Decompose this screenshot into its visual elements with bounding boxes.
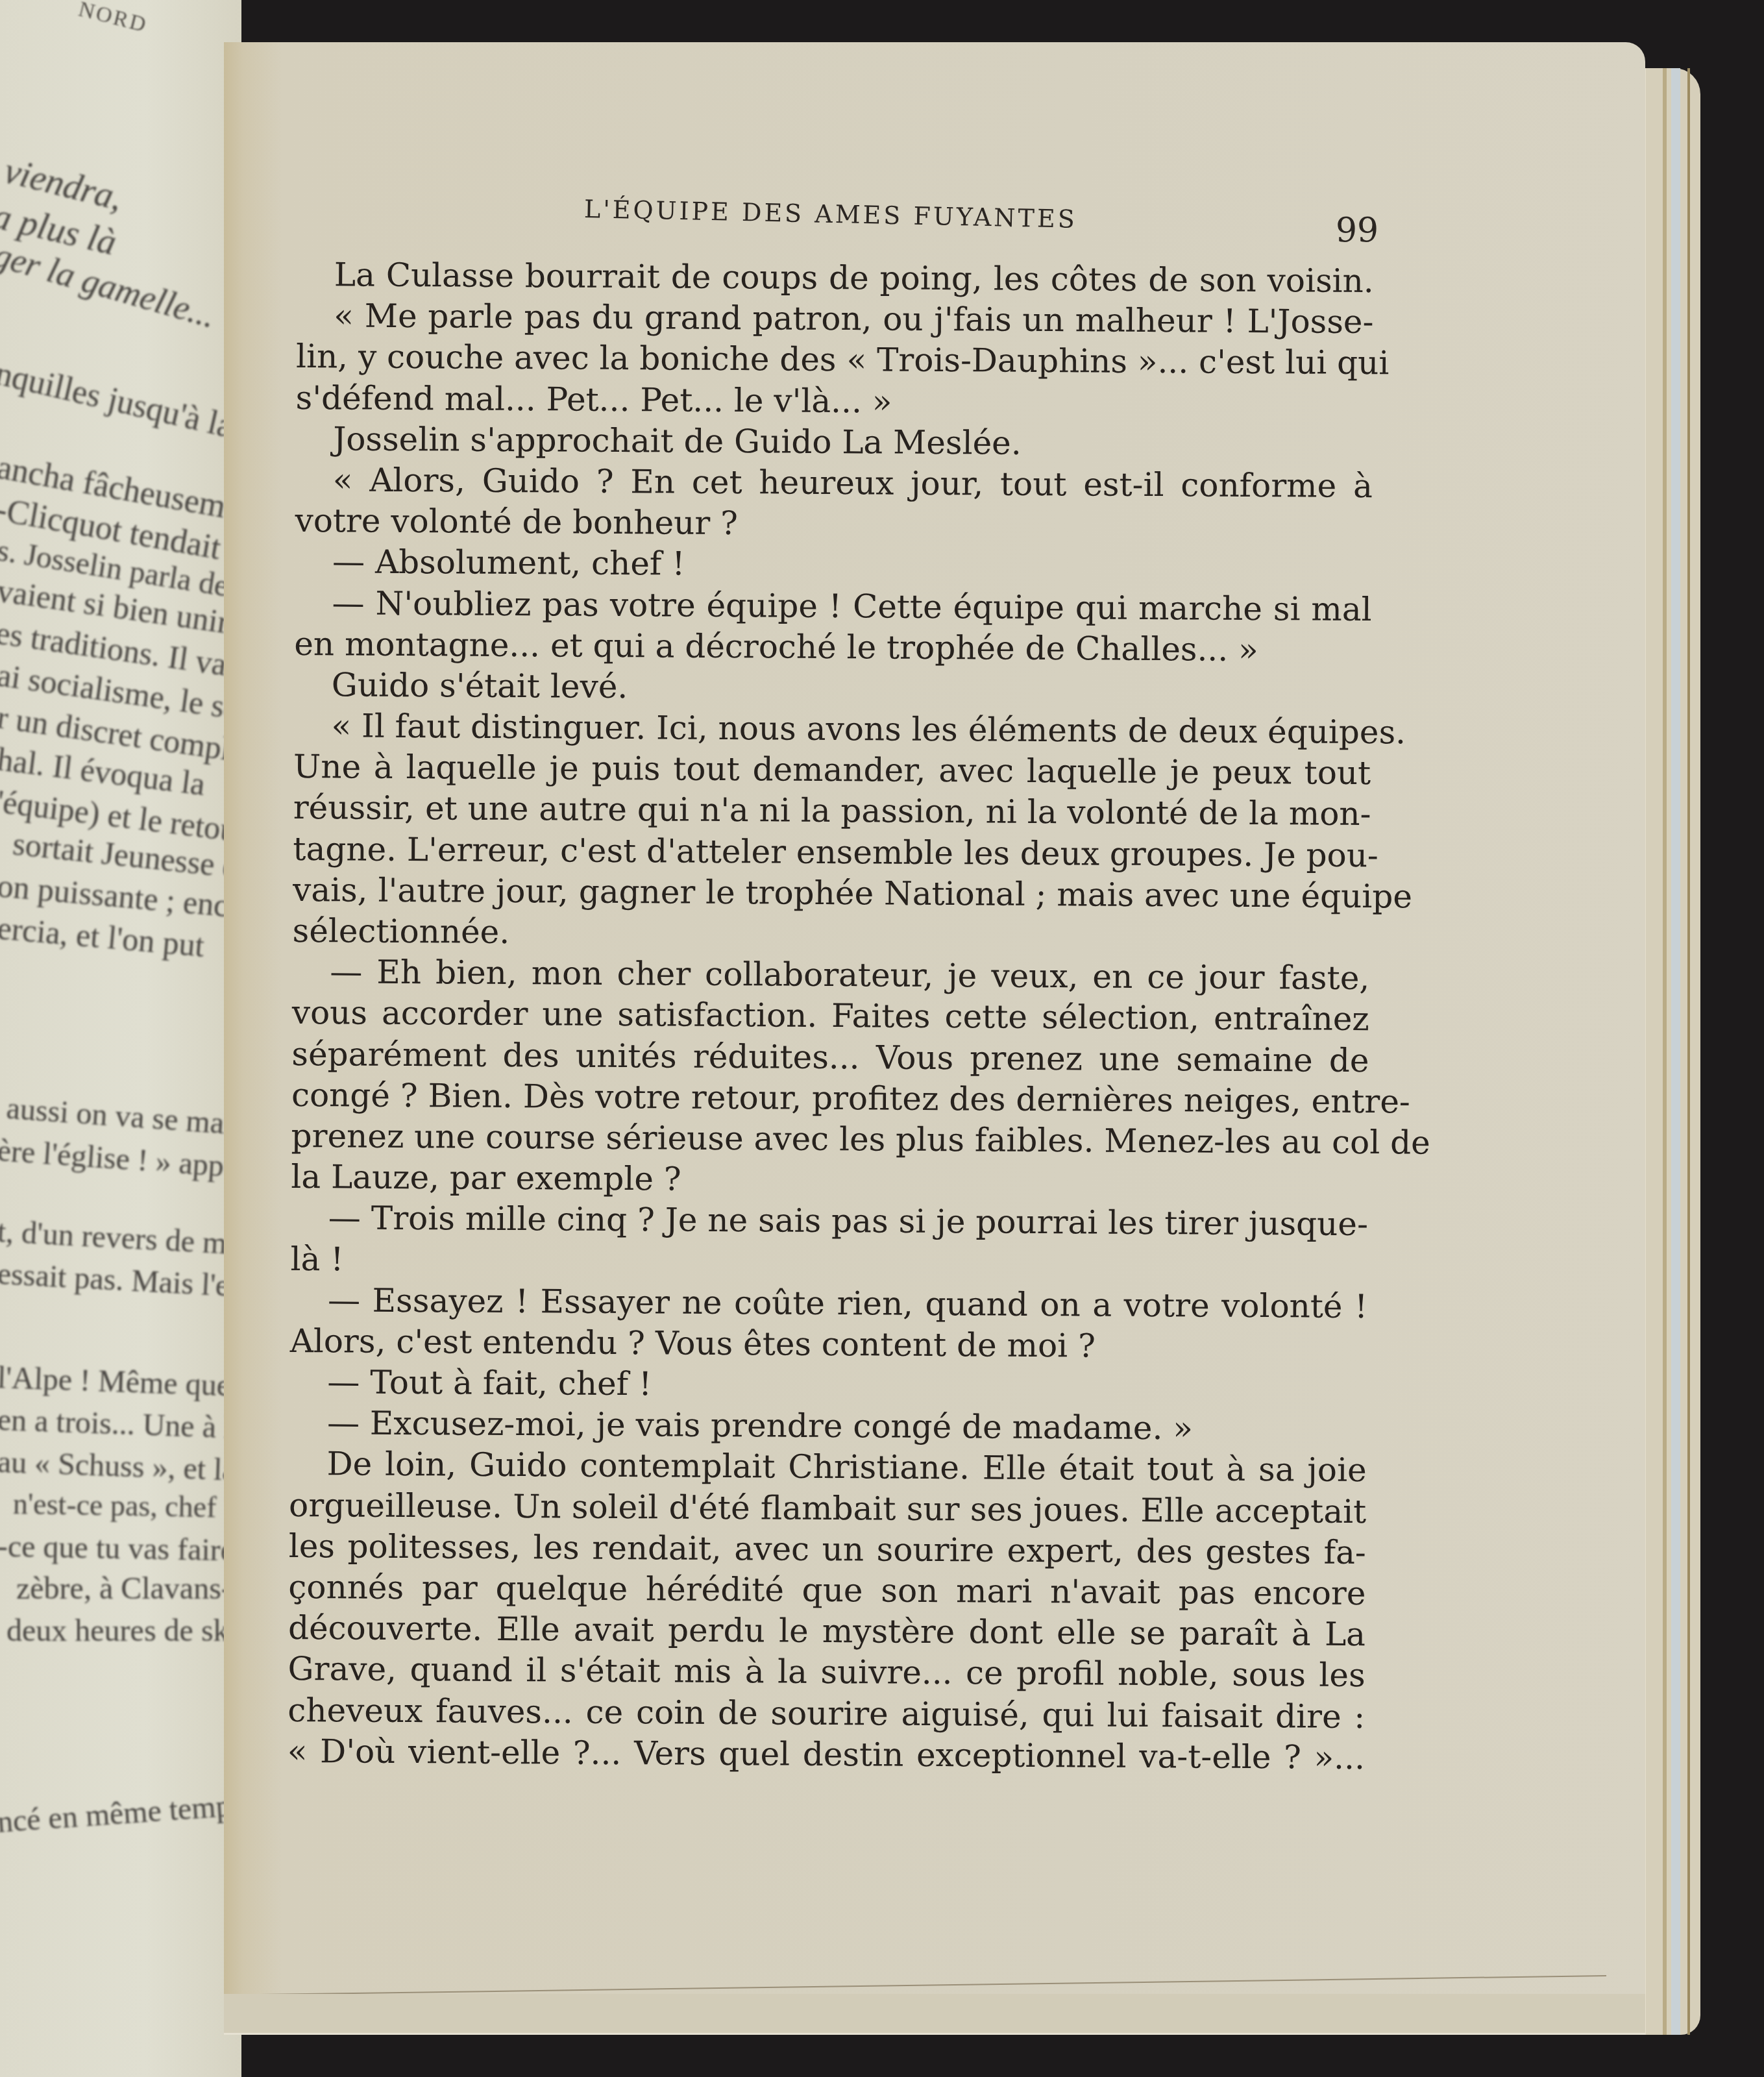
left-text-fragment: ère l'église ! » appuya — [0, 1133, 241, 1187]
text-line: séparément des unités réduites... Vous p… — [291, 1034, 1369, 1081]
text-line: — Eh bien, mon cher collaborateur, je ve… — [292, 952, 1369, 999]
left-text-fragment: -ce que tu vas faire — [0, 1529, 235, 1568]
text-line: réussir, et une autre qui n'a ni la pass… — [293, 787, 1371, 835]
text-line: vous accorder une satisfaction. Faites c… — [292, 992, 1369, 1040]
text-line: « Il faut distinguer. Ici, nous avons le… — [293, 706, 1371, 753]
text-line: — N'oubliez pas votre équipe ! Cette équ… — [295, 582, 1372, 630]
page-edge — [1663, 68, 1667, 2035]
page-edge — [1687, 68, 1690, 2035]
left-text-fragment: l'Alpe ! Même que pour — [0, 1360, 241, 1406]
left-text-fragment: zèbre, à Clavans-d'en — [16, 1571, 241, 1606]
page-number: 99 — [1336, 211, 1378, 250]
text-line: découverte. Elle avait perdu le mystère … — [288, 1608, 1366, 1655]
left-text-fragment: en a trois... Une à l'« — [0, 1402, 241, 1447]
text-line: s'défend mal... Pet... Pet... le v'là...… — [295, 378, 1373, 425]
text-line: tagne. L'erreur, c'est d'atteler ensembl… — [293, 829, 1370, 876]
left-text-fragment: nquilles jusqu'à la — [0, 354, 236, 446]
page-bottom-edge — [224, 1994, 1645, 2035]
text-line: La Culasse bourrait de coups de poing, l… — [297, 254, 1374, 302]
text-line: lin, y couche avec la boniche des « Troi… — [296, 336, 1373, 384]
text-line: là ! — [290, 1238, 1367, 1286]
text-line: orgueilleuse. Un soleil d'été flambait s… — [289, 1485, 1366, 1532]
text-line: Josselin s'approchait de Guido La Meslée… — [295, 419, 1373, 466]
text-line: cheveux fauves... ce coin de sourire aig… — [288, 1690, 1365, 1738]
text-line: « Alors, Guido ? En cet heureux jour, to… — [295, 460, 1373, 507]
body-text: La Culasse bourrait de coups de poing, l… — [288, 254, 1374, 1778]
text-line: — Excusez-moi, je vais prendre congé de … — [289, 1403, 1367, 1450]
text-line: — Absolument, chef ! — [295, 541, 1372, 589]
left-facing-page: NORD viendra,a plus làger la gamelle...n… — [0, 0, 241, 2077]
text-line: çonnés par quelque hérédité que son mari… — [288, 1567, 1366, 1614]
text-line: — Essayez ! Essayer ne coûte rien, quand… — [290, 1280, 1367, 1327]
text-line: prenez une course sérieuse avec les plus… — [291, 1116, 1369, 1163]
text-line: De loin, Guido contemplait Christiane. E… — [289, 1444, 1366, 1491]
left-text-fragment: n'est-ce pas, chef ? — [13, 1486, 238, 1525]
left-text-fragment: essait pas. Mais l'em — [0, 1256, 241, 1305]
left-text-fragment: au « Schuss », et la fille — [0, 1444, 241, 1490]
text-line: « D'où vient-elle ?... Vers quel destin … — [288, 1731, 1365, 1778]
text-line: « Me parle pas du grand patron, ou j'fai… — [296, 295, 1373, 343]
text-line: Alors, c'est entendu ? Vous êtes content… — [290, 1321, 1367, 1368]
text-line: congé ? Bien. Dès votre retour, profitez… — [291, 1075, 1369, 1122]
page-fold-line — [224, 1975, 1606, 1996]
left-text-fragment: deux heures de ski pour — [6, 1613, 241, 1649]
text-line: — Trois mille cinq ? Je ne sais pas si j… — [291, 1198, 1368, 1245]
left-running-head: NORD — [76, 0, 150, 38]
text-line: sélectionnée. — [292, 911, 1369, 958]
text-line: — Tout à fait, chef ! — [289, 1362, 1367, 1409]
text-line: les politesses, les rendait, avec un sou… — [289, 1526, 1366, 1573]
text-line: vais, l'autre jour, gagner le trophée Na… — [293, 870, 1370, 917]
text-line: Grave, quand il s'était mis à la suivre.… — [288, 1649, 1365, 1696]
text-line: Guido s'était levé. — [294, 665, 1371, 712]
text-line: votre volonté de bonheur ? — [295, 500, 1372, 548]
text-line: en montagne... et qui a décroché le trop… — [294, 624, 1371, 671]
left-text-fragment: ncé en même temps il — [0, 1786, 241, 1840]
left-text-fragment: t, d'un revers de main — [0, 1214, 241, 1264]
text-line: Une à laquelle je puis tout demander, av… — [293, 746, 1371, 794]
page-edge — [1671, 68, 1680, 2035]
text-line: la Lauze, par exemple ? — [291, 1157, 1368, 1204]
